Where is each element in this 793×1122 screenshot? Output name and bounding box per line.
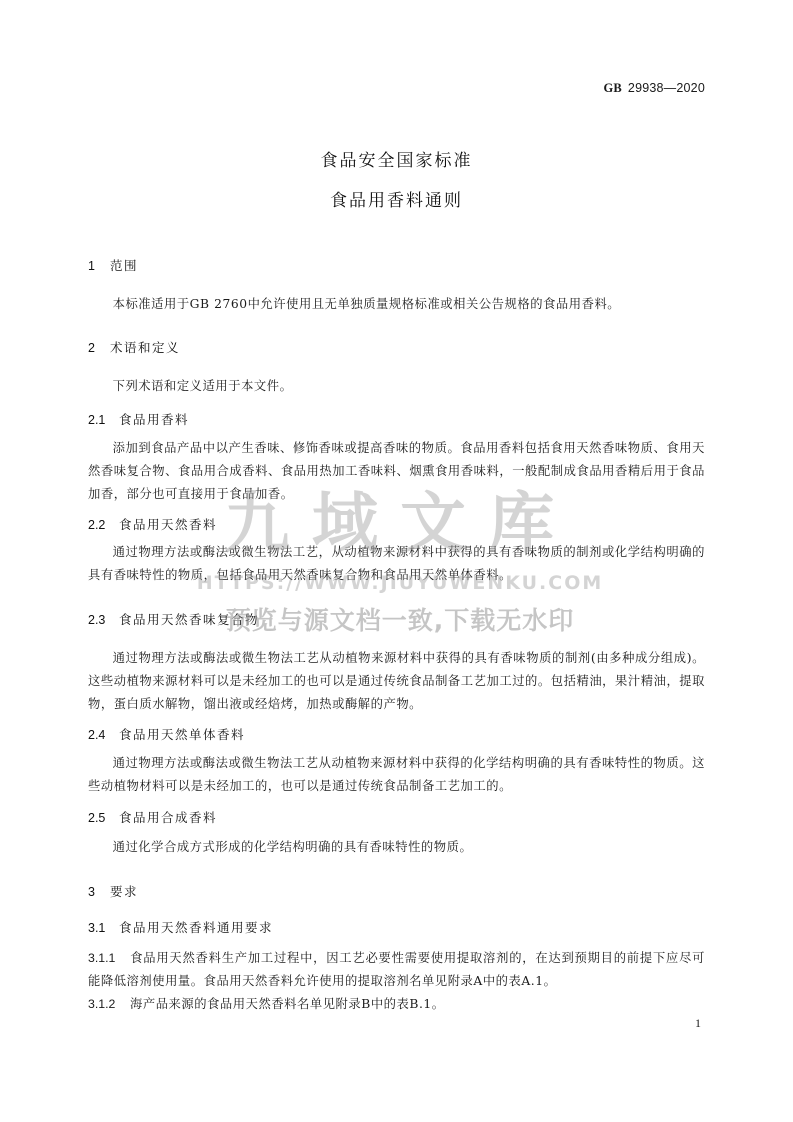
section-number: 2.2 — [88, 518, 119, 532]
clause-3-1-1: 3.1.1食品用天然香料生产加工过程中，因工艺必要性需要使用提取溶剂的，在达到预… — [88, 947, 705, 993]
section-heading-2: 2术语和定义 — [88, 338, 180, 356]
section-number: 3.1 — [88, 921, 119, 935]
section-heading-2-1: 2.1食品用香料 — [88, 410, 189, 428]
clause-number: 3.1.1 — [88, 947, 130, 970]
section-1-paragraph: 本标准适用于GB 2760中允许使用且无单独质量规格标准或相关公告规格的食品用香… — [88, 293, 705, 316]
section-heading-3: 3要求 — [88, 882, 138, 900]
clause-text: 海产品来源的食品用天然香料名单见附录B中的表B.1。 — [130, 997, 445, 1011]
section-title: 要求 — [110, 884, 138, 899]
standard-code: GB29938—2020 — [603, 81, 705, 96]
section-title: 食品用天然香料通用要求 — [119, 920, 273, 935]
section-heading-2-2: 2.2食品用天然香料 — [88, 515, 217, 533]
section-heading-3-1: 3.1食品用天然香料通用要求 — [88, 918, 273, 936]
section-number: 1 — [88, 259, 110, 273]
document-page: GB29938—2020 食品安全国家标准 食品用香料通则 1范围 本标准适用于… — [0, 0, 793, 1122]
section-number: 2.3 — [88, 613, 119, 627]
section-heading-1: 1范围 — [88, 256, 138, 274]
section-2-4-paragraph: 通过物理方法或酶法或微生物法工艺从动植物来源材料中获得的化学结构明确的具有香味特… — [88, 752, 705, 798]
standard-prefix: GB — [603, 81, 621, 95]
section-number: 2 — [88, 341, 110, 355]
section-title: 食品用天然单体香料 — [119, 727, 245, 742]
section-2-1-paragraph: 添加到食品产品中以产生香味、修饰香味或提高香味的物质。食品用香料包括食用天然香味… — [88, 437, 705, 506]
section-number: 2.4 — [88, 728, 119, 742]
page-number: 1 — [695, 1016, 701, 1031]
clause-text: 食品用天然香料生产加工过程中，因工艺必要性需要使用提取溶剂的，在达到预期目的前提… — [88, 951, 705, 988]
clause-3-1-2: 3.1.2海产品来源的食品用天然香料名单见附录B中的表B.1。 — [88, 993, 705, 1016]
section-title: 术语和定义 — [110, 340, 180, 355]
document-title-sub: 食品用香料通则 — [0, 186, 793, 211]
section-2-3-paragraph: 通过物理方法或酶法或微生物法工艺从动植物来源材料中获得的具有香味物质的制剂(由多… — [88, 647, 705, 716]
section-2-2-paragraph: 通过物理方法或酶法或微生物法工艺，从动植物来源材料中获得的具有香味物质的制剂或化… — [88, 541, 705, 587]
section-title: 范围 — [110, 258, 138, 273]
standard-number: 29938—2020 — [628, 81, 705, 95]
watermark-note: 预览与源文档一致,下载无水印 — [200, 601, 600, 637]
section-2-5-paragraph: 通过化学合成方式形成的化学结构明确的具有香味特性的物质。 — [88, 836, 705, 859]
section-title: 食品用香料 — [119, 412, 189, 427]
section-heading-2-5: 2.5食品用合成香料 — [88, 808, 217, 826]
section-heading-2-4: 2.4食品用天然单体香料 — [88, 725, 245, 743]
section-number: 2.5 — [88, 811, 119, 825]
clause-number: 3.1.2 — [88, 993, 130, 1016]
section-heading-2-3: 2.3食品用天然香味复合物 — [88, 610, 259, 628]
document-title-main: 食品安全国家标准 — [0, 146, 793, 171]
section-number: 2.1 — [88, 413, 119, 427]
section-2-paragraph: 下列术语和定义适用于本文件。 — [88, 375, 705, 398]
section-title: 食品用天然香料 — [119, 517, 217, 532]
section-title: 食品用合成香料 — [119, 810, 217, 825]
section-number: 3 — [88, 885, 110, 899]
section-title: 食品用天然香味复合物 — [119, 612, 259, 627]
